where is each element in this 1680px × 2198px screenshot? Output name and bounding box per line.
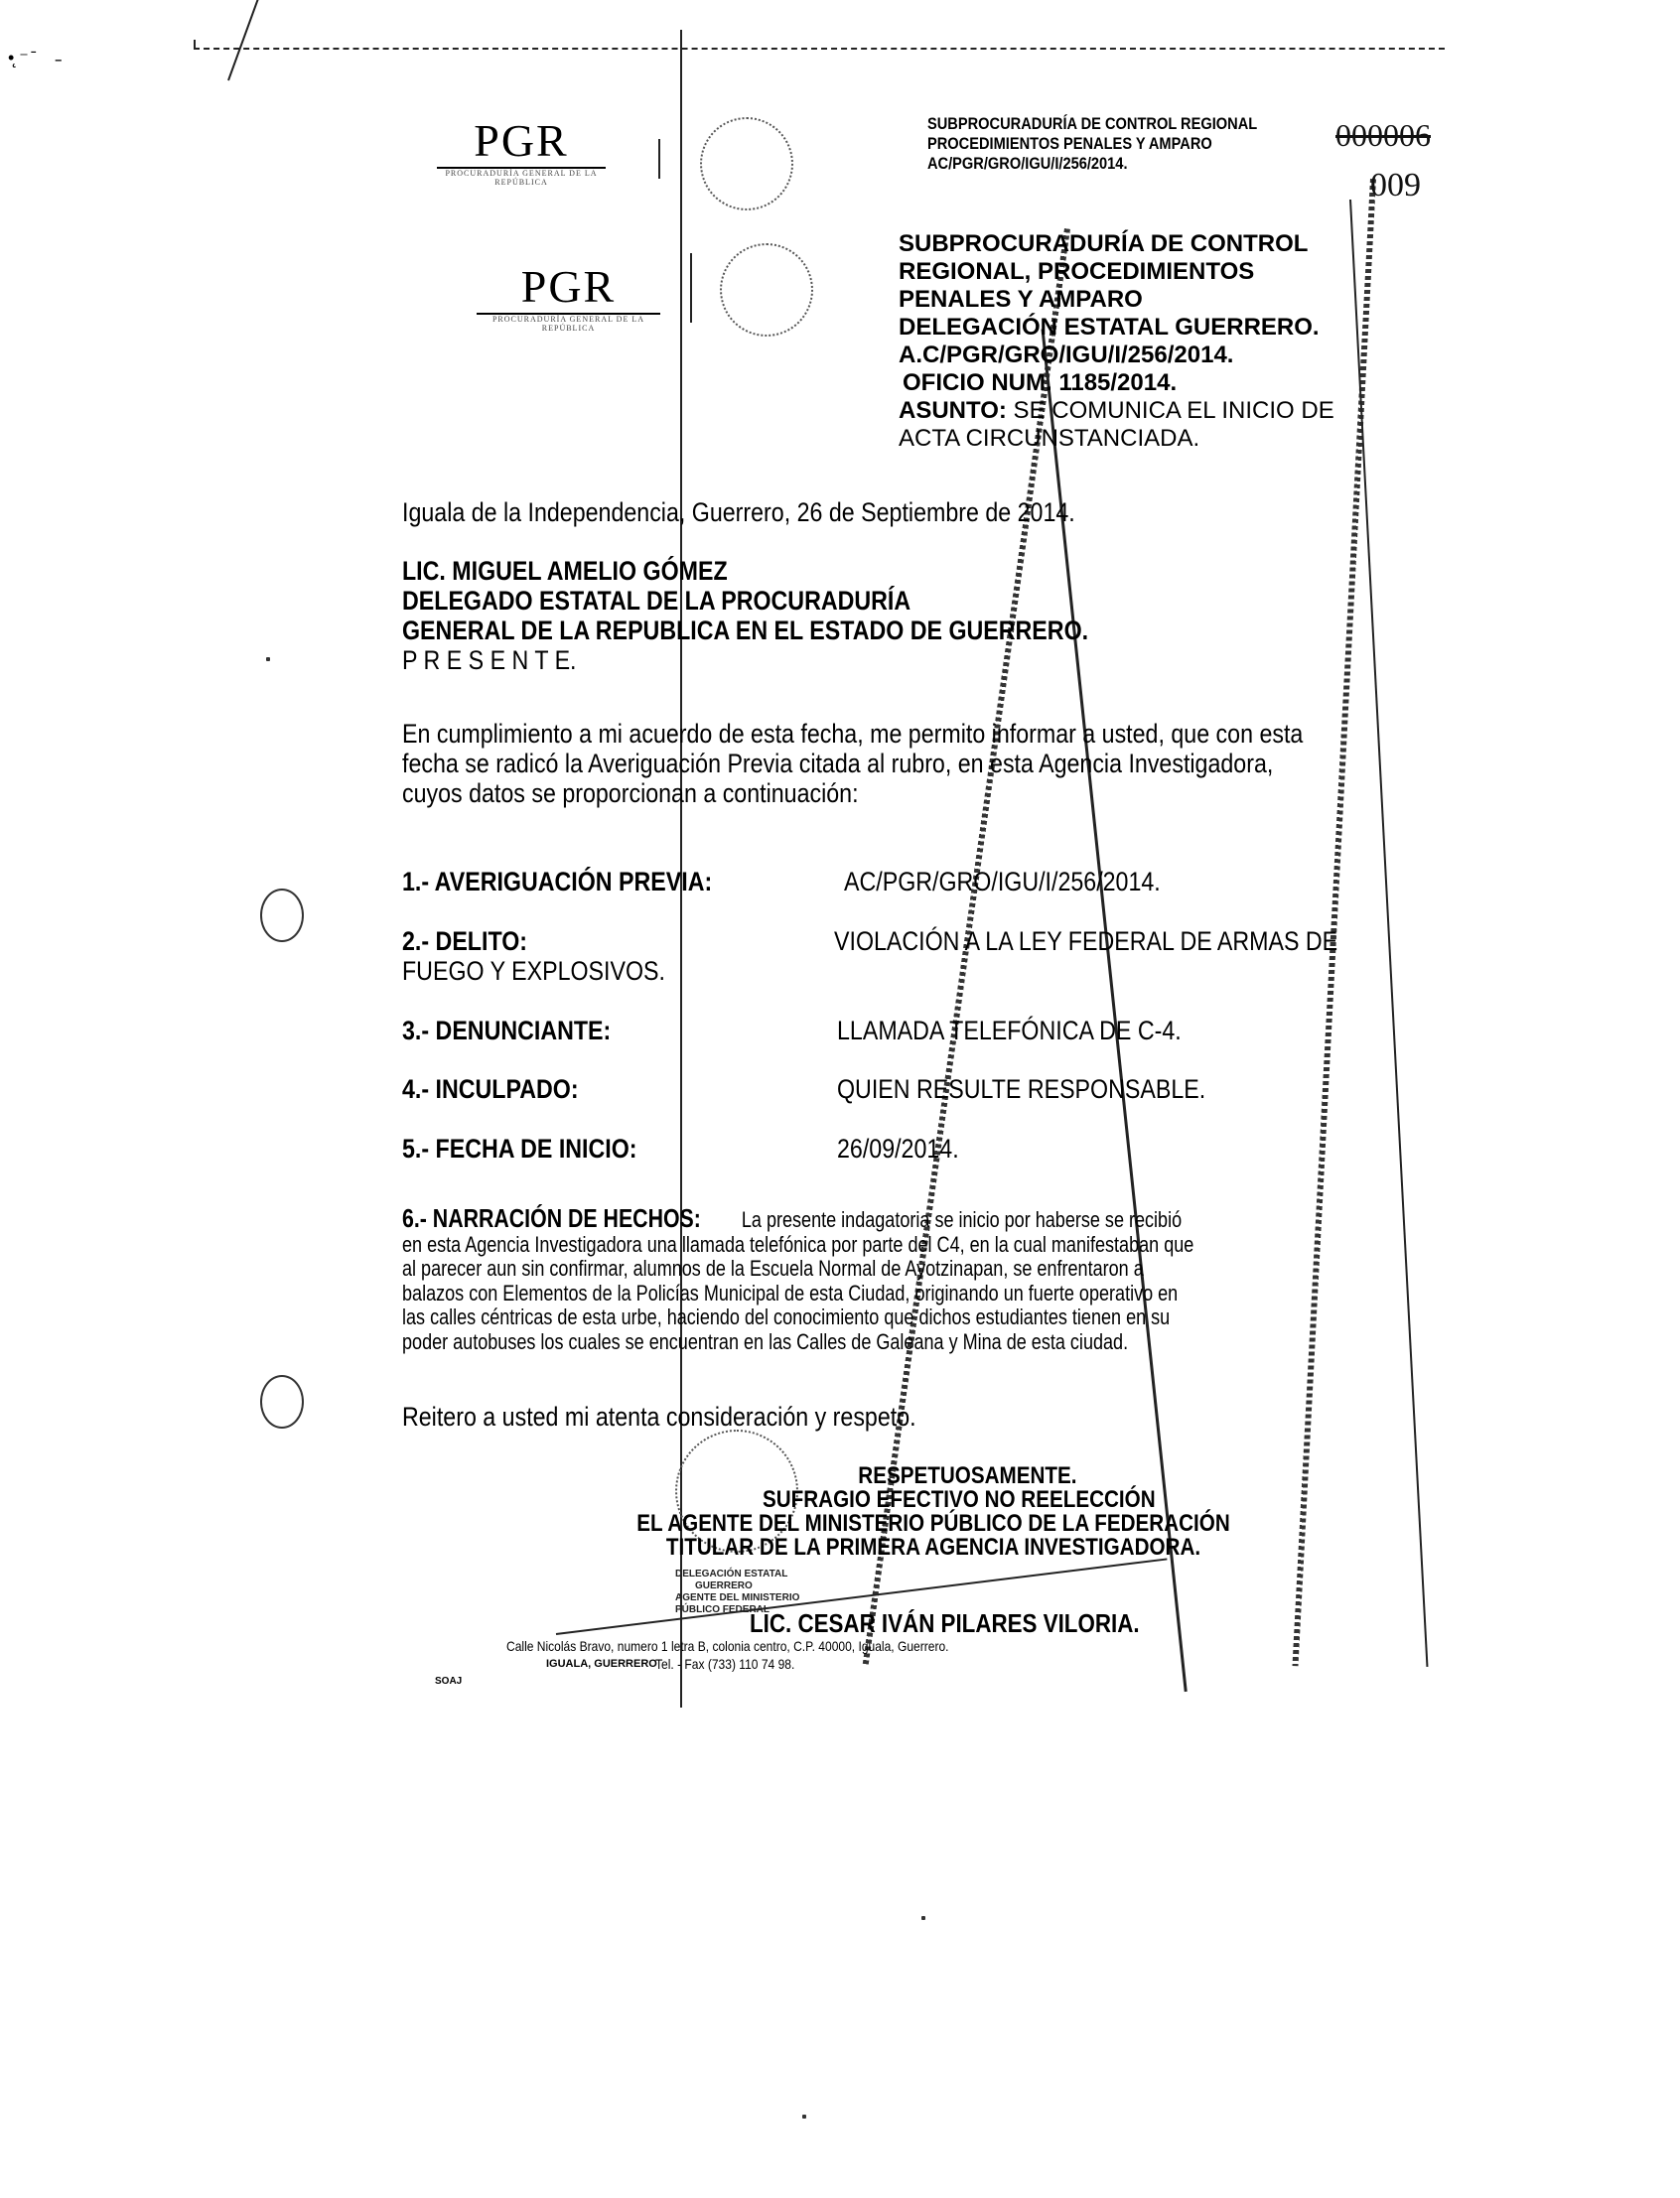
asunto-label: ASUNTO: — [899, 397, 1007, 424]
narracion-line: las calles céntricas de esta urbe, hacie… — [402, 1305, 1193, 1330]
signature-stroke — [1349, 200, 1428, 1667]
signer-name: LIC. CESAR IVÁN PILARES VILORIA. — [750, 1608, 1140, 1639]
recipient-name: LIC. MIGUEL AMELIO GÓMEZ — [402, 556, 1088, 586]
pgr-logo-subtitle: PROCURADURÍA GENERAL DE LA REPÚBLICA — [477, 315, 660, 333]
stamp-text: AGENTE DEL MINISTERIO — [675, 1592, 799, 1604]
office-address: Calle Nicolás Bravo, numero 1 letra B, c… — [506, 1638, 948, 1654]
stamp-text: DELEGACIÓN ESTATAL — [675, 1569, 799, 1580]
signature-block: RESPETUOSAMENTE. SUFRAGIO EFECTIVO NO RE… — [496, 1464, 1370, 1560]
item-label-inculpado: 4.- INCULPADO: — [402, 1074, 579, 1105]
punch-hole-mark — [260, 889, 304, 942]
recipient-title: GENERAL DE LA REPUBLICA EN EL ESTADO DE … — [402, 616, 1088, 645]
scan-border-top — [194, 48, 1445, 50]
page-number-stamp: 009 — [1370, 167, 1421, 205]
closing-line: Reitero a usted mi atenta consideración … — [402, 1403, 916, 1431]
item-value-denunciante: LLAMADA TELEFÓNICA DE C-4. — [837, 1016, 1182, 1046]
stamp-text: IGUALA, GUERRERO — [546, 1658, 657, 1670]
ref-line: SUBPROCURADURÍA DE CONTROL REGIONAL — [927, 114, 1257, 134]
logo-divider — [658, 139, 660, 179]
scan-speck — [266, 657, 270, 661]
scan-speck — [921, 1916, 925, 1920]
typist-initials: SOAJ — [435, 1676, 462, 1687]
intro-line: fecha se radicó la Averiguación Previa c… — [402, 749, 1303, 778]
ref-line: PENALES Y AMPARO — [899, 286, 1334, 314]
office-phone: Tel. - Fax (733) 110 74 98. — [655, 1656, 794, 1672]
intro-line: cuyos datos se proporcionan a continuaci… — [402, 778, 1303, 808]
item-value-inculpado: QUIEN RESULTE RESPONSABLE. — [837, 1074, 1205, 1105]
pgr-logo-text: PGR — [437, 114, 606, 167]
scan-speck — [802, 2115, 806, 2119]
item-label-delito: 2.- DELITO: — [402, 926, 527, 957]
ref-line: PROCEDIMIENTOS PENALES Y AMPARO — [927, 134, 1257, 154]
corner-stroke — [227, 0, 260, 80]
item-label-averiguacion: 1.- AVERIGUACIÓN PREVIA: — [402, 867, 712, 897]
narracion-line: en esta Agencia Investigadora una llamad… — [402, 1233, 1193, 1258]
signature-line: SUFRAGIO EFECTIVO NO REELECCIÓN — [558, 1488, 1310, 1512]
pgr-logo: PGR PROCURADURÍA GENERAL DE LA REPÚBLICA — [477, 260, 660, 333]
ref-line: A.C/PGR/GRO/IGU/I/256/2014. — [899, 342, 1334, 369]
pgr-logo-text: PGR — [477, 260, 660, 313]
oficio-number: OFICIO NUM. 1185/2014. — [899, 369, 1334, 397]
item-value-delito: VIOLACIÓN A LA LEY FEDERAL DE ARMAS DE — [834, 926, 1337, 957]
scan-mark — [194, 40, 196, 50]
page-number-crossed: 000006 — [1335, 117, 1431, 154]
item-label-fecha-inicio: 5.- FECHA DE INICIO: — [402, 1134, 637, 1165]
intro-paragraph: En cumplimiento a mi acuerdo de esta fec… — [402, 719, 1303, 808]
stamp-text: GUERRERO — [675, 1580, 799, 1592]
item-value-delito-cont: FUEGO Y EXPLOSIVOS. — [402, 956, 665, 987]
narracion-label: 6.- NARRACIÓN DE HECHOS: — [402, 1203, 701, 1233]
recipient-title: DELEGADO ESTATAL DE LA PROCURADURÍA — [402, 586, 1088, 616]
asunto: ASUNTO: SE COMUNICA EL INICIO DE — [899, 397, 1334, 425]
narracion-line: al parecer aun sin confirmar, alumnos de… — [402, 1257, 1193, 1282]
ref-line: DELEGACIÓN ESTATAL GUERRERO. — [899, 314, 1334, 342]
item-label-denunciante: 3.- DENUNCIANTE: — [402, 1016, 611, 1046]
item-value-fecha-inicio: 26/09/2014. — [837, 1134, 959, 1165]
signature-line: EL AGENTE DEL MINISTERIO PÚBLICO DE LA F… — [558, 1512, 1310, 1536]
header-reference-block: SUBPROCURADURÍA DE CONTROL REGIONAL, PRO… — [899, 230, 1334, 453]
item-value-averiguacion: AC/PGR/GRO/IGU/I/256/2014. — [844, 867, 1161, 897]
recipient-block: LIC. MIGUEL AMELIO GÓMEZ DELEGADO ESTATA… — [402, 556, 1088, 675]
presente: P R E S E N T E. — [402, 645, 1088, 675]
ref-line: AC/PGR/GRO/IGU/I/256/2014. — [927, 154, 1257, 174]
place-date: Iguala de la Independencia, Guerrero, 26… — [402, 498, 1075, 526]
logo-divider — [690, 253, 692, 323]
asunto-text: ACTA CIRCUNSTANCIADA. — [899, 425, 1199, 452]
asunto-text: SE COMUNICA EL INICIO DE — [1007, 397, 1334, 424]
signature-line: TITULAR DE LA PRIMERA AGENCIA INVESTIGAD… — [558, 1536, 1310, 1560]
national-seal-icon — [720, 243, 813, 337]
intro-line: En cumplimiento a mi acuerdo de esta fec… — [402, 719, 1303, 749]
national-seal-icon — [700, 117, 793, 210]
narracion-line: La presente indagatoria se inicio por ha… — [742, 1207, 1182, 1232]
pgr-logo: PGR PROCURADURÍA GENERAL DE LA REPÚBLICA — [437, 114, 606, 187]
narracion-line: balazos con Elementos de la Policías Mun… — [402, 1282, 1193, 1306]
header-reference-small: SUBPROCURADURÍA DE CONTROL REGIONAL PROC… — [927, 114, 1257, 174]
narracion-line: poder autobuses los cuales se encuentran… — [402, 1330, 1193, 1355]
scan-corner-mark: •̨ ⁻ ̄ ̵ — [8, 48, 59, 69]
narracion-block: 6.- NARRACIÓN DE HECHOS:La presente inda… — [402, 1206, 1193, 1354]
punch-hole-mark — [260, 1375, 304, 1429]
ref-line: REGIONAL, PROCEDIMIENTOS — [899, 258, 1334, 286]
ref-line: SUBPROCURADURÍA DE CONTROL — [899, 230, 1334, 258]
pgr-logo-subtitle: PROCURADURÍA GENERAL DE LA REPÚBLICA — [437, 169, 606, 187]
signature-line: RESPETUOSAMENTE. — [558, 1464, 1310, 1488]
